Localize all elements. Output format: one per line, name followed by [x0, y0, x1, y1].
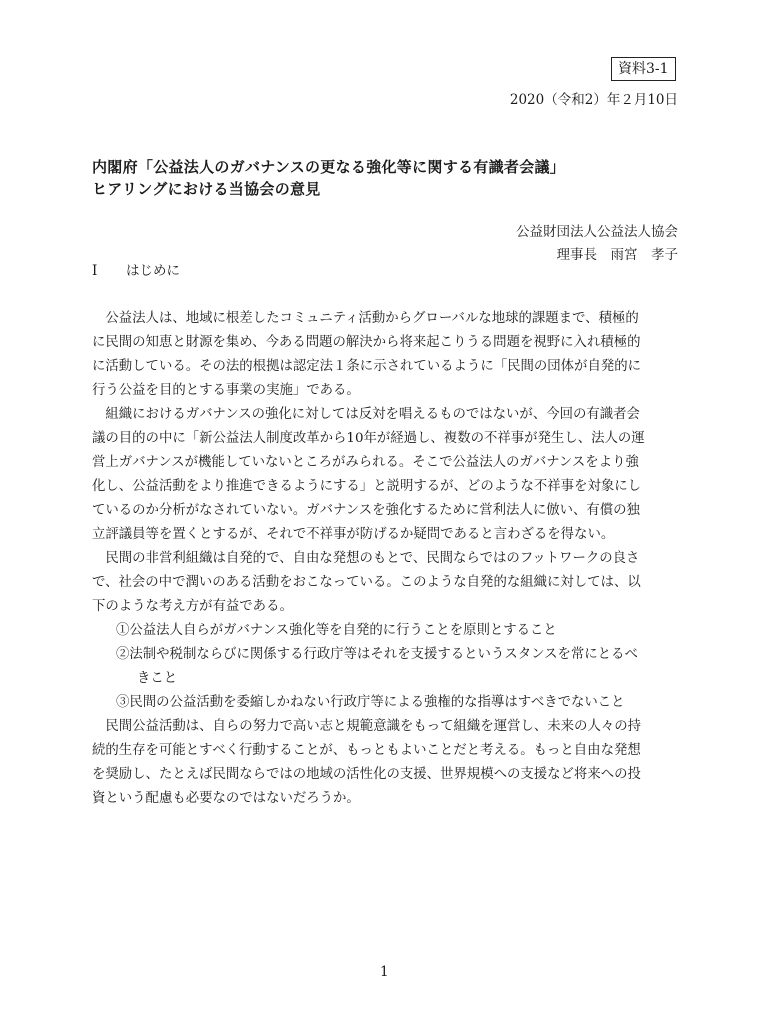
- author-block: 公益財団法人公益法人協会 理事長 雨宮 孝子: [516, 221, 678, 267]
- body-line: に活動している。その法的根拠は認定法１条に示されているように「民間の団体が自発的…: [92, 355, 682, 379]
- list-item: ③民間の公益活動を委縮しかねない行政庁等による強権的な指導はすべきでないこと: [92, 691, 682, 715]
- body-line: を奨励し、たとえば民間ならではの地域の活性化の支援、世界規模への支援など将来への…: [92, 763, 682, 787]
- document-id-badge: 資料3-1: [611, 57, 676, 81]
- body-line: に民間の知恵と財源を集め、今ある問題の解決から将来起こりうる問題を視野に入れ積極…: [92, 331, 682, 355]
- body-line: 立評議員等を置くとするが、それで不祥事が防げるか疑問であると言わざるを得ない。: [92, 523, 682, 547]
- section-number: Ⅰ: [92, 260, 126, 282]
- body-line: 資という配慮も必要なのではないだろうか。: [92, 787, 682, 811]
- list-item: ①公益法人自らがガバナンス強化等を自発的に行うことを原則とすること: [92, 619, 682, 643]
- body-line: ているのか分析がなされていない。ガバナンスを強化するために営利法人に倣い、有償の…: [92, 499, 682, 523]
- document-page: 資料3-1 2020（令和2）年２月10日 内閣府「公益法人のガバナンスの更なる…: [0, 0, 770, 1024]
- document-body: 公益法人は、地域に根差したコミュニティ活動からグローバルな地球的課題まで、積極的…: [92, 307, 682, 811]
- body-line: で、社会の中で潤いのある活動をおこなっている。このような自発的な組織に対しては、…: [92, 571, 682, 595]
- body-line: 議の目的の中に「新公益法人制度改革から10年が経過し、複数の不祥事が発生し、法人…: [92, 427, 682, 451]
- body-line: 民間の非営利組織は自発的で、自由な発想のもとで、民間ならではのフットワークの良さ: [92, 547, 682, 571]
- list-item: ②法制や税制ならびに関係する行政庁等はそれを支援するというスタンスを常にとるべ: [92, 643, 682, 667]
- document-title: 内閣府「公益法人のガバナンスの更なる強化等に関する有識者会議」 ヒアリングにおけ…: [92, 156, 565, 200]
- body-line: 続的生存を可能とすべく行動することが、もっともよいことだと考える。もっと自由な発…: [92, 739, 682, 763]
- body-line: 営上ガバナンスが機能していないところがみられる。そこで公益法人のガバナンスをより…: [92, 451, 682, 475]
- page-number: 1: [380, 964, 389, 980]
- body-line: 行う公益を目的とする事業の実施」である。: [92, 379, 682, 403]
- body-line: 化し、公益活動をより推進できるようにする」と説明するが、どのような不祥事を対象に…: [92, 475, 682, 499]
- list-item-continuation: きこと: [92, 667, 682, 691]
- body-line: 民間公益活動は、自らの努力で高い志と規範意識をもって組織を運営し、未来の人々の持: [92, 715, 682, 739]
- signatory-name: 理事長 雨宮 孝子: [516, 244, 678, 267]
- document-date: 2020（令和2）年２月10日: [510, 90, 678, 110]
- body-line: 下のような考え方が有益である。: [92, 595, 682, 619]
- body-line: 組織におけるガバナンスの強化に対しては反対を唱えるものではないが、今回の有識者会: [92, 403, 682, 427]
- section-heading: Ⅰはじめに: [92, 260, 180, 282]
- body-line: 公益法人は、地域に根差したコミュニティ活動からグローバルな地球的課題まで、積極的: [92, 307, 682, 331]
- title-line: 内閣府「公益法人のガバナンスの更なる強化等に関する有識者会議」: [92, 156, 565, 178]
- organization-name: 公益財団法人公益法人協会: [516, 221, 678, 244]
- title-line: ヒアリングにおける当協会の意見: [92, 178, 565, 200]
- section-title: はじめに: [126, 263, 180, 279]
